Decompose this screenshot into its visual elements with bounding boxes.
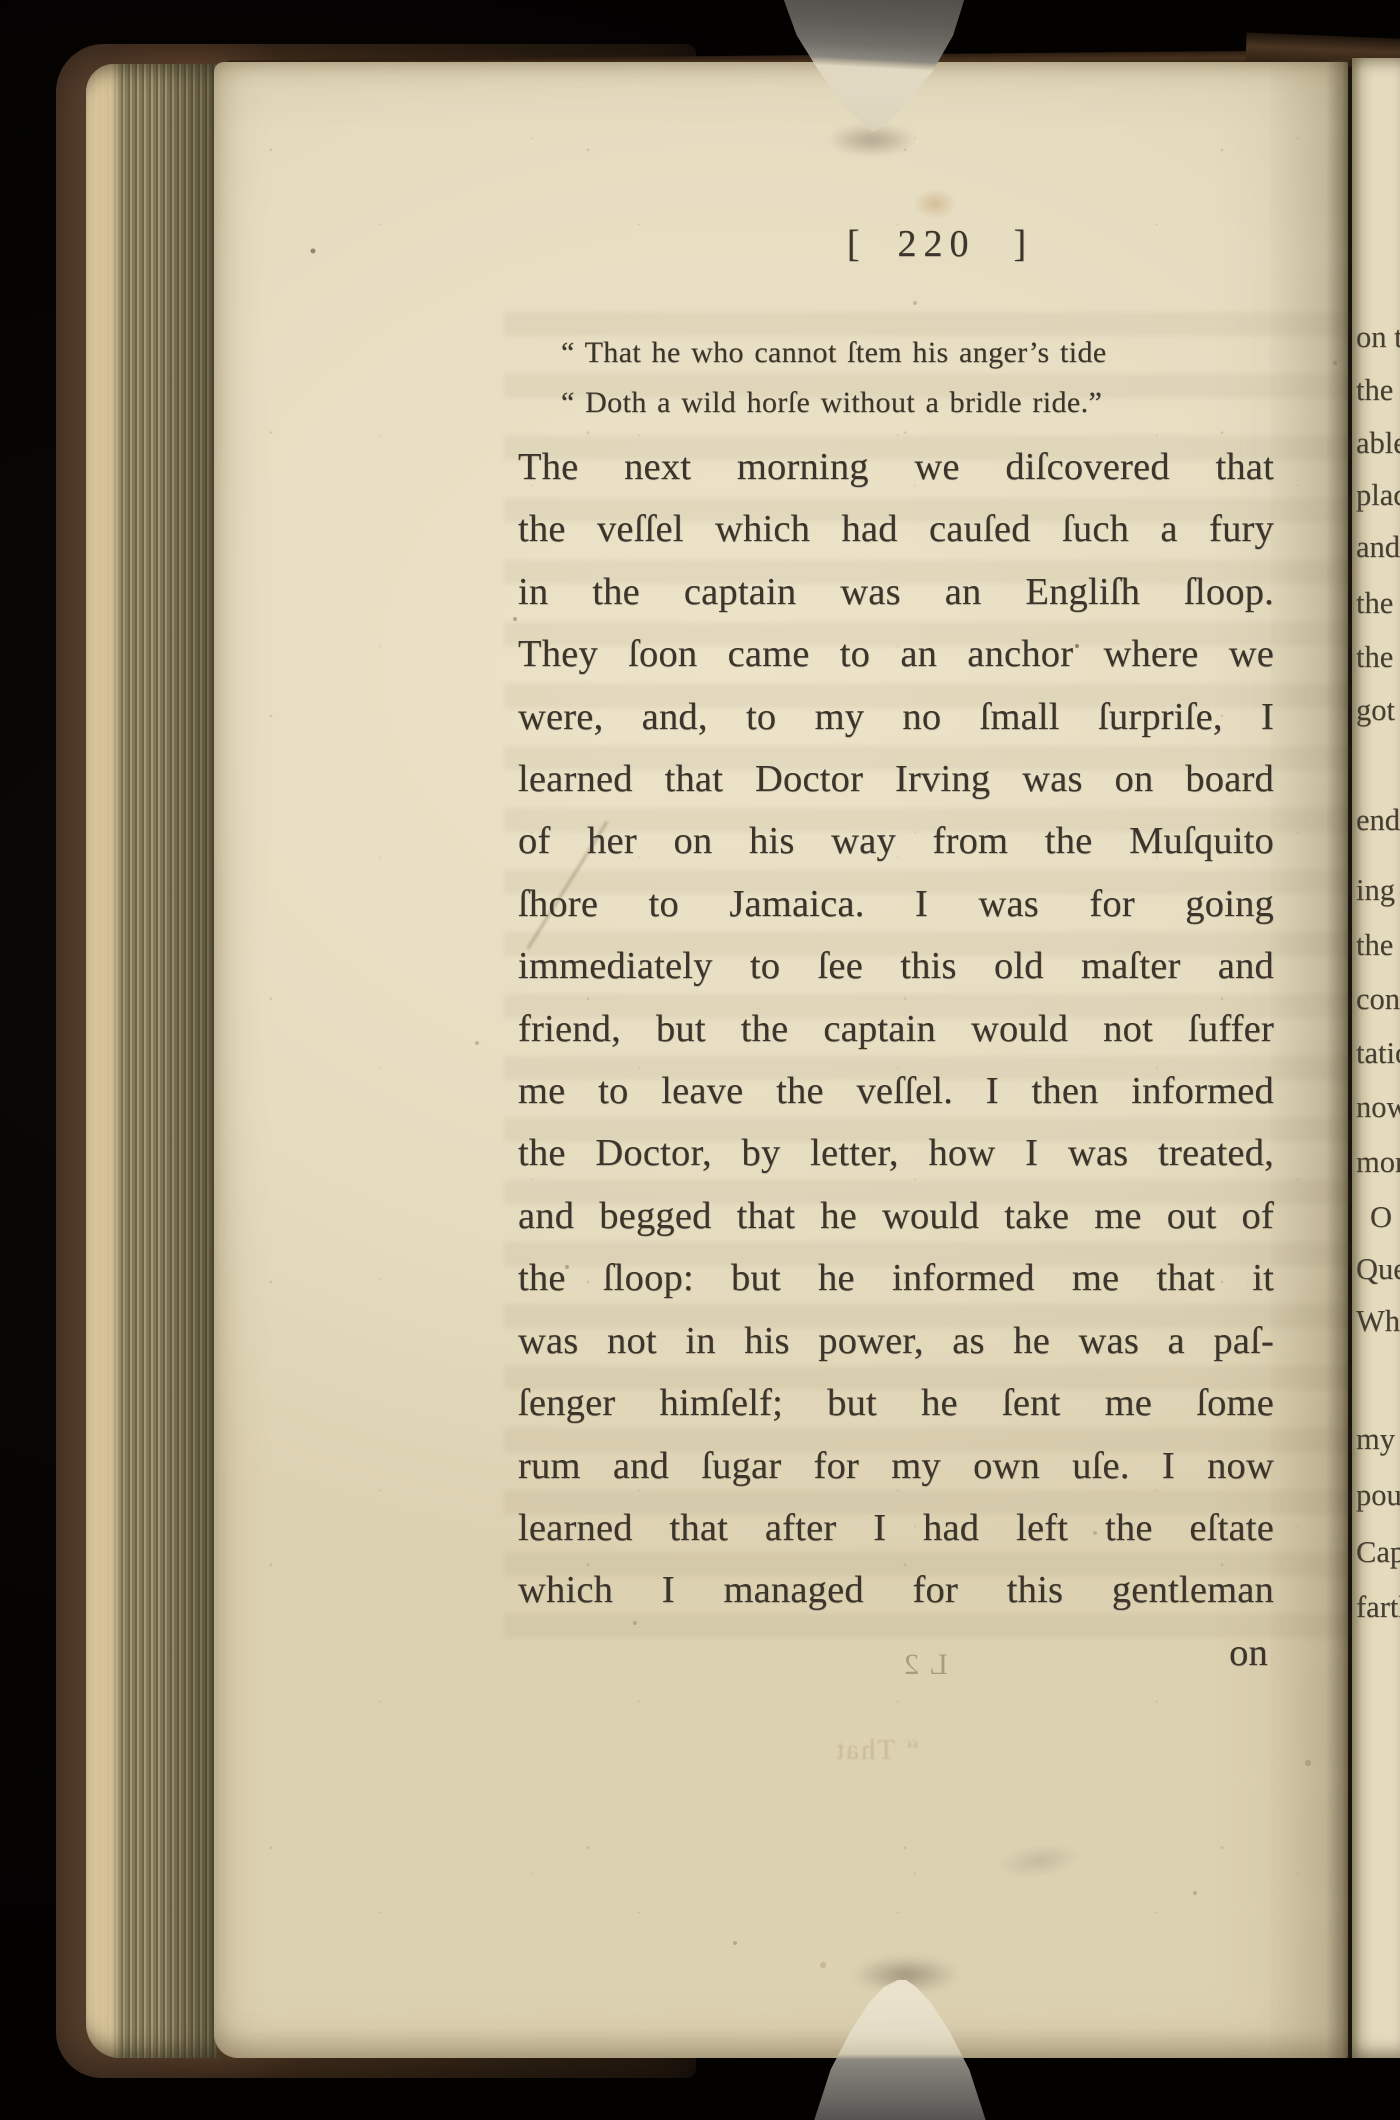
page-number-header: [ 220 ]	[559, 222, 1314, 266]
gutter-shadow	[1326, 60, 1354, 2058]
body-text-line: learned that Doctor Irving was on board	[518, 748, 1274, 810]
body-text-line: and begged that he would take me out of	[518, 1185, 1274, 1247]
ink-smudge	[982, 1833, 1097, 1890]
epigraph-line: “ Doth a wild horſe without a bridle rid…	[561, 378, 1321, 428]
facing-page-text-fragment: the c	[1356, 640, 1400, 674]
facing-page-sliver: on the the fla able, a place and i the p…	[1352, 58, 1400, 2058]
facing-page-text-fragment: got i	[1356, 693, 1400, 727]
facing-page-text-fragment: ende	[1356, 803, 1400, 837]
body-text-line: the Doctor, by letter, how I was treated…	[518, 1122, 1274, 1184]
body-text-line: the veſſel which had cauſed ſuch a fury	[518, 498, 1274, 560]
epigraph-line: “ That he who cannot ſtem his anger’s ti…	[561, 328, 1321, 378]
facing-page-text-fragment: the fla	[1356, 373, 1400, 407]
body-text-line: which I managed for this gentleman	[518, 1559, 1274, 1621]
facing-page-text-fragment: place	[1356, 478, 1400, 512]
facing-page-text-fragment: on the	[1356, 320, 1400, 354]
body-text-line: was not in his power, as he was a paſ-	[518, 1310, 1274, 1372]
facing-page-text-fragment: and i	[1356, 530, 1400, 564]
body-text-line: They ſoon came to an anchor where we	[518, 623, 1274, 685]
facing-page-text-fragment: the c	[1356, 928, 1400, 962]
body-text-line: ſenger himſelf; but he ſent me ſome	[518, 1372, 1274, 1434]
body-text-line: rum and ſugar for my own uſe. I now	[518, 1435, 1274, 1497]
body-text-paragraph: The next morning we diſcovered that the …	[518, 436, 1274, 1684]
facing-page-text-fragment: poun	[1356, 1478, 1400, 1512]
body-text-line: ſhore to Jamaica. I was for going	[518, 873, 1274, 935]
body-text-line: me to leave the veſſel. I then informed	[518, 1060, 1274, 1122]
facing-page-text-fragment: O	[1370, 1200, 1392, 1234]
facing-page-text-fragment: ing w	[1356, 873, 1400, 907]
facing-page-text-fragment: my	[1356, 1422, 1395, 1456]
facing-page-text-fragment: Whe	[1356, 1304, 1400, 1338]
facing-page-text-fragment: Capt	[1356, 1535, 1400, 1569]
foxing-stain	[906, 184, 964, 224]
fore-edge-page-stack	[86, 64, 218, 2058]
left-page: [ 220 ] “ That he who cannot ſtem his an…	[214, 62, 1348, 2058]
facing-page-text-fragment: more	[1356, 1145, 1400, 1179]
header-close-bracket: ]	[1014, 222, 1027, 266]
show-through-catchword: “ That	[834, 1734, 919, 1767]
paper-specks	[214, 62, 216, 64]
body-text-line: in the captain was an Engliſh ſloop.	[518, 561, 1274, 623]
facing-page-text-fragment: tation	[1356, 1036, 1400, 1070]
body-text-line: friend, but the captain would not ſuffer	[518, 998, 1274, 1060]
body-text-line: the ſloop: but he informed me that it	[518, 1247, 1274, 1309]
facing-page-text-fragment: Que	[1356, 1252, 1400, 1286]
body-text-line: learned that after I had left the eſtate	[518, 1497, 1274, 1559]
catchword: on	[518, 1622, 1274, 1684]
epigraph-couplet: “ That he who cannot ſtem his anger’s ti…	[561, 328, 1321, 428]
body-text-line: immediately to ſee this old maſter and	[518, 935, 1274, 997]
show-through-signature-mark: L 2	[902, 1648, 948, 1682]
body-text-line: were, and, to my no ſmall ſurpriſe, I	[518, 686, 1274, 748]
body-text-line: of her on his way from the Muſquito	[518, 810, 1274, 872]
body-text-line: The next morning we diſcovered that	[518, 436, 1274, 498]
facing-page-text-fragment: now	[1356, 1090, 1400, 1124]
facing-page-text-fragment: the po	[1356, 586, 1400, 620]
facing-page-text-fragment: farth	[1356, 1590, 1400, 1624]
page-number: 220	[898, 222, 976, 266]
facing-page-text-fragment: conſe	[1356, 982, 1400, 1016]
header-open-bracket: [	[847, 222, 860, 266]
facing-page-text-fragment: able, a	[1356, 426, 1400, 460]
book-photograph-scene: [ 220 ] “ That he who cannot ſtem his an…	[0, 0, 1400, 2120]
